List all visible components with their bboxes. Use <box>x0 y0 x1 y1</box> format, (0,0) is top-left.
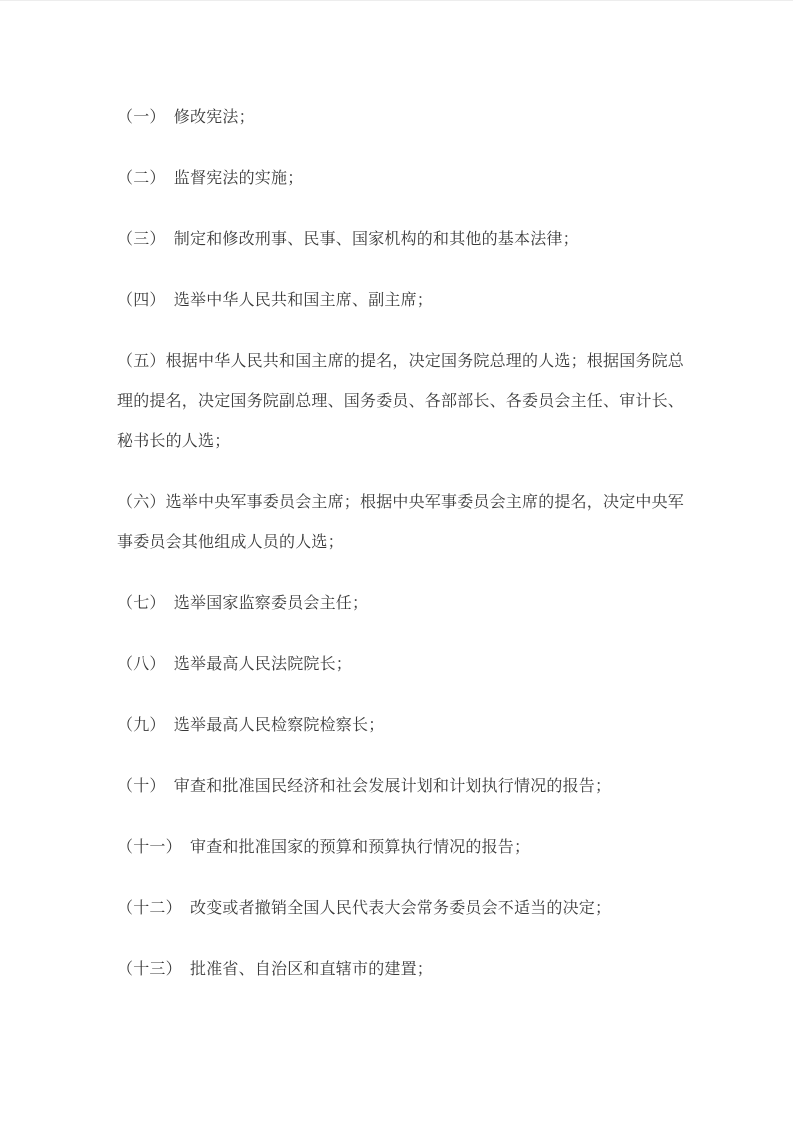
clause-item-9: （九） 选举最高人民检察院检察长； <box>117 706 683 746</box>
clause-item-1: （一） 修改宪法； <box>117 98 683 138</box>
clause-item-13: （十三） 批准省、自治区和直辖市的建置； <box>117 950 683 990</box>
clause-item-4: （四） 选举中华人民共和国主席、副主席； <box>117 281 683 321</box>
clause-item-8: （八） 选举最高人民法院院长； <box>117 645 683 685</box>
clause-item-6: （六）选举中央军事委员会主席；根据中央军事委员会主席的提名，决定中央军 事委员会… <box>117 483 683 563</box>
clause-item-2: （二） 监督宪法的实施； <box>117 159 683 199</box>
clause-item-3: （三） 制定和修改刑事、民事、国家机构的和其他的基本法律； <box>117 220 683 260</box>
clause-item-12: （十二） 改变或者撤销全国人民代表大会常务委员会不适当的决定； <box>117 889 683 929</box>
clause-item-10: （十） 审查和批准国民经济和社会发展计划和计划执行情况的报告； <box>117 767 683 807</box>
clause-item-11: （十一） 审查和批准国家的预算和预算执行情况的报告； <box>117 828 683 868</box>
clause-item-7: （七） 选举国家监察委员会主任； <box>117 584 683 624</box>
clause-item-5: （五）根据中华人民共和国主席的提名，决定国务院总理的人选；根据国务院总 理的提名… <box>117 342 683 462</box>
document-page: （一） 修改宪法； （二） 监督宪法的实施； （三） 制定和修改刑事、民事、国家… <box>0 0 793 1122</box>
